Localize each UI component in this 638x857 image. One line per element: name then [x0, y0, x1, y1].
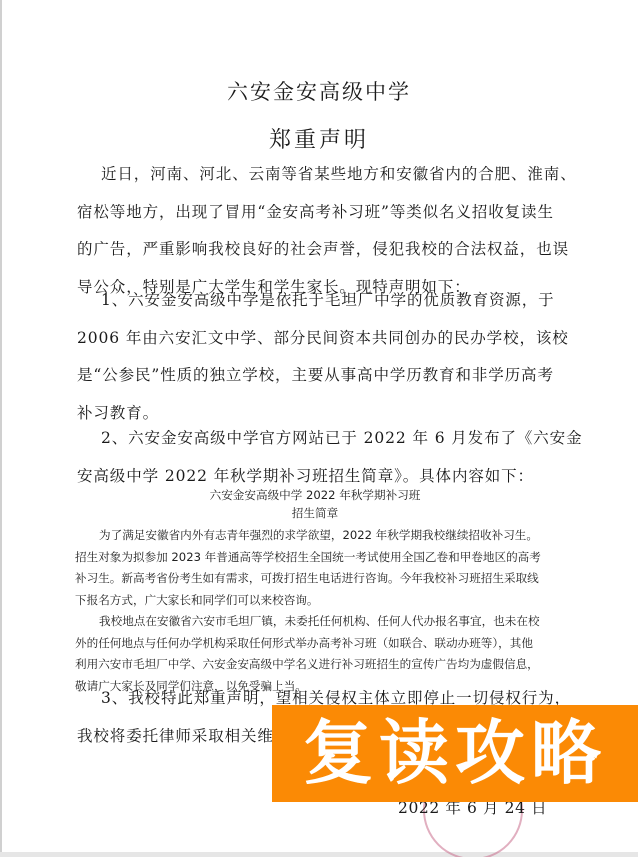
- point-1-line: 1、六安金安高级中学是依托于毛坦厂中学的优质教育资源，于: [77, 282, 557, 320]
- point-1-paragraph: 1、六安金安高级中学是依托于毛坦厂中学的优质教育资源，于 2006 年由六安汇文…: [77, 282, 557, 432]
- intro-line: 宿松等地方，出现了冒用“金安高考补习班”等类似名义招收复读生: [77, 194, 557, 232]
- embedded-notice-line: 补习生。新高考省份考生如有需求，可拨打招生电话进行咨询。今年我校补习班招生采取线: [75, 568, 555, 590]
- embedded-notice-title: 六安金安高级中学 2022 年秋学期补习班: [75, 486, 555, 504]
- school-name-title: 六安金安高级中学: [0, 76, 638, 106]
- statement-heading: 郑重声明: [0, 123, 638, 154]
- embedded-notice-line: 外的任何地点与任何办学机构采取任何形式举办高考补习班（如联合、联动办班等），其他: [75, 633, 555, 655]
- point-2-line: 2、六安金安高级中学官方网站已于 2022 年 6 月发布了《六安金: [77, 420, 557, 458]
- page-edge-bottom: [0, 852, 638, 857]
- embedded-notice-line: 我校地点在安徽省六安市毛坦厂镇，未委托任何机构、任何人代办报名事宜，也未在校: [75, 611, 555, 633]
- embedded-notice-header: 六安金安高级中学 2022 年秋学期补习班 招生简章: [75, 486, 555, 522]
- point-2-paragraph: 2、六安金安高级中学官方网站已于 2022 年 6 月发布了《六安金 安高级中学…: [77, 420, 557, 495]
- intro-line: 近日，河南、河北、云南等省某些地方和安徽省内的合肥、淮南、: [77, 156, 557, 194]
- embedded-notice-body: 为了满足安徽省内外有志青年强烈的求学欲望，2022 年秋学期我校继续招收补习生。…: [75, 525, 555, 697]
- embedded-notice-line: 利用六安市毛坦厂中学、六安金安高级中学名义进行补习班招生的宣传广告均为虚假信息，: [75, 654, 555, 676]
- point-1-line: 是“公参民”性质的独立学校，主要从事高中学历教育和非学历高考: [77, 357, 557, 395]
- point-1-line: 2006 年由六安汇文中学、部分民间资本共同创办的民办学校，该校: [77, 320, 557, 358]
- embedded-notice-line: 招生对象为拟参加 2023 年普通高等学校招生全国统一考试使用全国乙卷和甲卷地区…: [75, 547, 555, 569]
- embedded-notice-line: 下报名方式，广大家长和同学们可以来校咨询。: [75, 590, 555, 612]
- embedded-notice-subtitle: 招生简章: [75, 504, 555, 522]
- intro-line: 的广告，严重影响我校良好的社会声誉，侵犯我校的合法权益，也误: [77, 231, 557, 269]
- embedded-notice-line: 为了满足安徽省内外有志青年强烈的求学欲望，2022 年秋学期我校继续招收补习生。: [75, 525, 555, 547]
- watermark-banner: 复读攻略: [272, 705, 638, 802]
